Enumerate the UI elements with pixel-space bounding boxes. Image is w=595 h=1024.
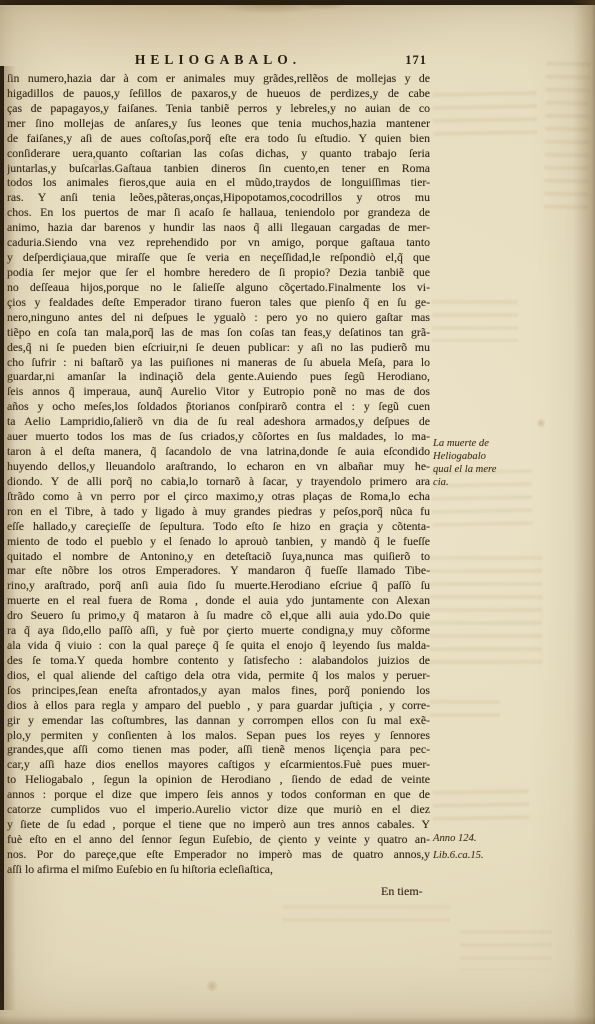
text-line: animo, hazia dar barenos y hundir las na… [7,220,430,235]
text-line: higadillos de pauos,y ſeſillos de paxaro… [7,86,430,101]
text-line: huyendo dellos,y lleuandolo araſtrando, … [7,459,430,474]
margin-note-line: cia. [433,476,533,489]
text-line: fuè eſto en el anno del ſennor ſegun Euſ… [7,832,430,847]
text-line: nero,ninguno antes del ni deſpues le ygu… [7,310,430,325]
ink-bleedthrough [282,905,450,925]
body-text-block: ſin numero,hazia dar à com er animales m… [7,71,430,877]
text-line: quitado el nombre de Antonino,y en deteſ… [7,549,430,564]
text-line: todos los animales fieros,que auia en el… [7,175,430,190]
ink-bleedthrough [433,91,538,145]
text-line: caduria.Siendo vna vez reprehendido por … [7,235,430,250]
text-line: car,y aſſi haze dios enellos mayores caſ… [7,757,430,772]
text-line: annos : porque el dize que impero ſeis a… [7,787,430,802]
margin-note-line: qual el la mere [433,463,533,476]
text-line: ala vida q̃ viuio : con la qual pareçe q… [7,638,430,653]
margin-note-anno: Anno 124. [433,832,533,845]
text-line: ta Aelio Lampridio,ſalierõ vn dia de ſu … [7,414,430,429]
text-line: des ſe toma.Y queda hombre contento y ſa… [7,653,430,668]
margin-note-death-of-heliogabalus: La muerte deHeliogabaloqual el la mereci… [433,437,533,489]
text-line: dios à ellos para regla y amparo del pue… [7,698,430,713]
ink-bleedthrough [432,300,518,342]
text-line: ra q̃ aya ſido,ello paſſò aſſi, y fuè po… [7,623,430,638]
text-line: eſſe hallado,y careçieſſe de ſepultura. … [7,519,430,534]
text-line: diondo. Y de alli porq̃ no cabia,lo torn… [7,474,430,489]
text-line: muerte en el real fuera de Roma , donde … [7,593,430,608]
ink-bleedthrough [430,700,500,726]
running-title: HELIOGABALO. [7,52,429,68]
text-line: taron à el deſta manera, q̃ ſacandolo de… [7,444,430,459]
text-line: mer ſino mollejas de anſares,y ſus leone… [7,116,430,131]
text-line: gir y emendar las coſtumbres, las dannan… [7,713,430,728]
text-line: ſin numero,hazia dar à com er animales m… [7,71,430,86]
text-line: dios, el qual aliende del caſtigo dela o… [7,668,430,683]
folio-number: 171 [405,53,427,68]
text-line: juntarlas,y buſcarlas.Gaſtaua tanbien di… [7,161,430,176]
text-line: de faiſanes,y aſi de aues coſtoſas,porq̃… [7,131,430,146]
text-line: chos. En los puertos de mar ſi acaſo ſe … [7,205,430,220]
text-line: catorze cumplidos vuo el imperio.Aurelio… [7,802,430,817]
text-line: mar eſte nõbre los otros Emperadores. Y … [7,563,430,578]
text-line: y deſperdiçiaua,que miraſſe que ſe veria… [7,250,430,265]
ink-bleedthrough [460,930,552,970]
margin-note-line: La muerte de [433,437,533,450]
text-line: ſeis annos q̃ imperaua, aunq̃ Aurelio Vi… [7,384,430,399]
text-line: tiẽpo en coſa tan mala,porq̃ las de mas … [7,325,430,340]
catchword: En tiem- [381,884,423,899]
ink-bleedthrough [433,789,530,827]
text-line: auer muerto todos los mas de ſus criados… [7,429,430,444]
text-line: to Heliogabalo , ſegun la opinion de Her… [7,772,430,787]
margin-note-book-reference: Lib.6.ca.15. [433,849,533,862]
scan-edge-left-shadow [4,66,16,1010]
text-line: conſiderare uera,quanto coſtarian las co… [7,146,430,161]
ink-bleedthrough [430,556,542,664]
margin-note-line: Heliogabalo [433,450,533,463]
foxing-spot [536,418,546,428]
scanned-book-page: HELIOGABALO. 171 ſin numero,hazia dar à … [0,0,595,1024]
text-line: rino,y araſtrado, porq̃ anſi auia ſido ſ… [7,578,430,593]
text-line: cho ſufrir : ni baſtarõ ya las puiſiones… [7,355,430,370]
text-line: podia ſer mejor que ſer el hombre herede… [7,265,430,280]
text-line: y ſiete de ſu edad , porque el tiene que… [7,817,430,832]
text-line: dro Seuero ſu primo,y q̃ mataron à ſu ma… [7,608,430,623]
text-line: guardar,ni amanſar la indinaçiõ dela gen… [7,369,430,384]
text-line: des,q̃ ni ſe pueden bien eſcriuir,ni ſe … [7,340,430,355]
running-head: HELIOGABALO. 171 [7,52,429,70]
margin-note-line: Anno 124. [433,832,533,845]
text-line: çios y fealdades deſte Emperador tirano … [7,295,430,310]
text-line: no deſſeaua hijos,porque no le ſalieſſe … [7,280,430,295]
text-line: plo,y permiten y conſienten à los malos.… [7,728,430,743]
page-edge-right [573,0,595,1024]
text-line: aſſi lo afirma el miſmo Euſebio en ſu hi… [7,862,430,877]
margin-note-line: Lib.6.ca.15. [433,849,533,862]
text-line: ras. Y anſi tenia leões,pãteras,onças,Hi… [7,190,430,205]
text-line: años y ocho meſes,los ſoldados p̃toriano… [7,399,430,414]
text-line: ſtrãdo como à vn perro por el çirco maxi… [7,489,430,504]
text-line: grandes,que aſſi como tienen mas poder, … [7,742,430,757]
scan-edge-top [0,0,595,5]
text-line: nos. Por do pareçe,que eſte Emperador no… [7,847,430,862]
text-line: ron en el Tibre, à tado y ligado à muy g… [7,504,430,519]
text-line: ſos principes,ſean eneſta afrontados,y a… [7,683,430,698]
text-line: ças de papagayos,y faiſanes. Tenia tanbi… [7,101,430,116]
text-line: miento de todo el pueblo y el ſenado lo … [7,534,430,549]
page-edge-bottom [0,1016,595,1024]
foxing-spot [205,980,219,992]
